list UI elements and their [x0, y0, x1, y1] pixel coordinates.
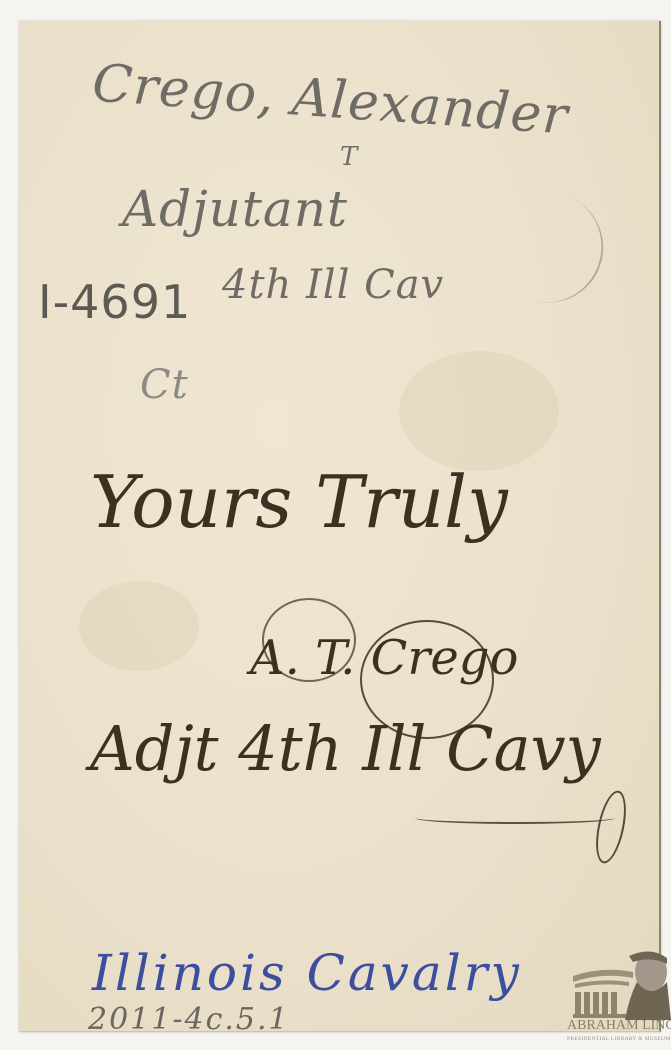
paper-stain [79, 581, 199, 671]
lincoln-portrait-building-logo-icon [563, 948, 671, 1020]
signature-loop [262, 598, 356, 682]
pencil-unit-line: 4th Ill Cav [222, 262, 444, 308]
ink-closing: Yours Truly [90, 460, 508, 544]
accession-number: 2011-4c.5.1 [88, 1002, 290, 1037]
blue-ink-note: Illinois Cavalry [92, 944, 522, 1002]
library-logo: ABRAHAM LINCOLN PRESIDENTIAL LIBRARY & M… [563, 948, 671, 1048]
logo-title: ABRAHAM LINCOLN [567, 1018, 671, 1034]
logo-subtitle: PRESIDENTIAL LIBRARY & MUSEUM [567, 1036, 670, 1042]
ink-title-line: Adjt 4th Ill Cavy [90, 712, 601, 785]
paper-stain [399, 351, 559, 471]
pencil-small-mark: Ct [140, 362, 189, 408]
catalog-number: I-4691 [38, 275, 191, 329]
pencil-rank-line: Adjutant [122, 180, 348, 238]
ink-underline-flourish [415, 812, 615, 824]
pencil-initial: T [340, 142, 358, 172]
